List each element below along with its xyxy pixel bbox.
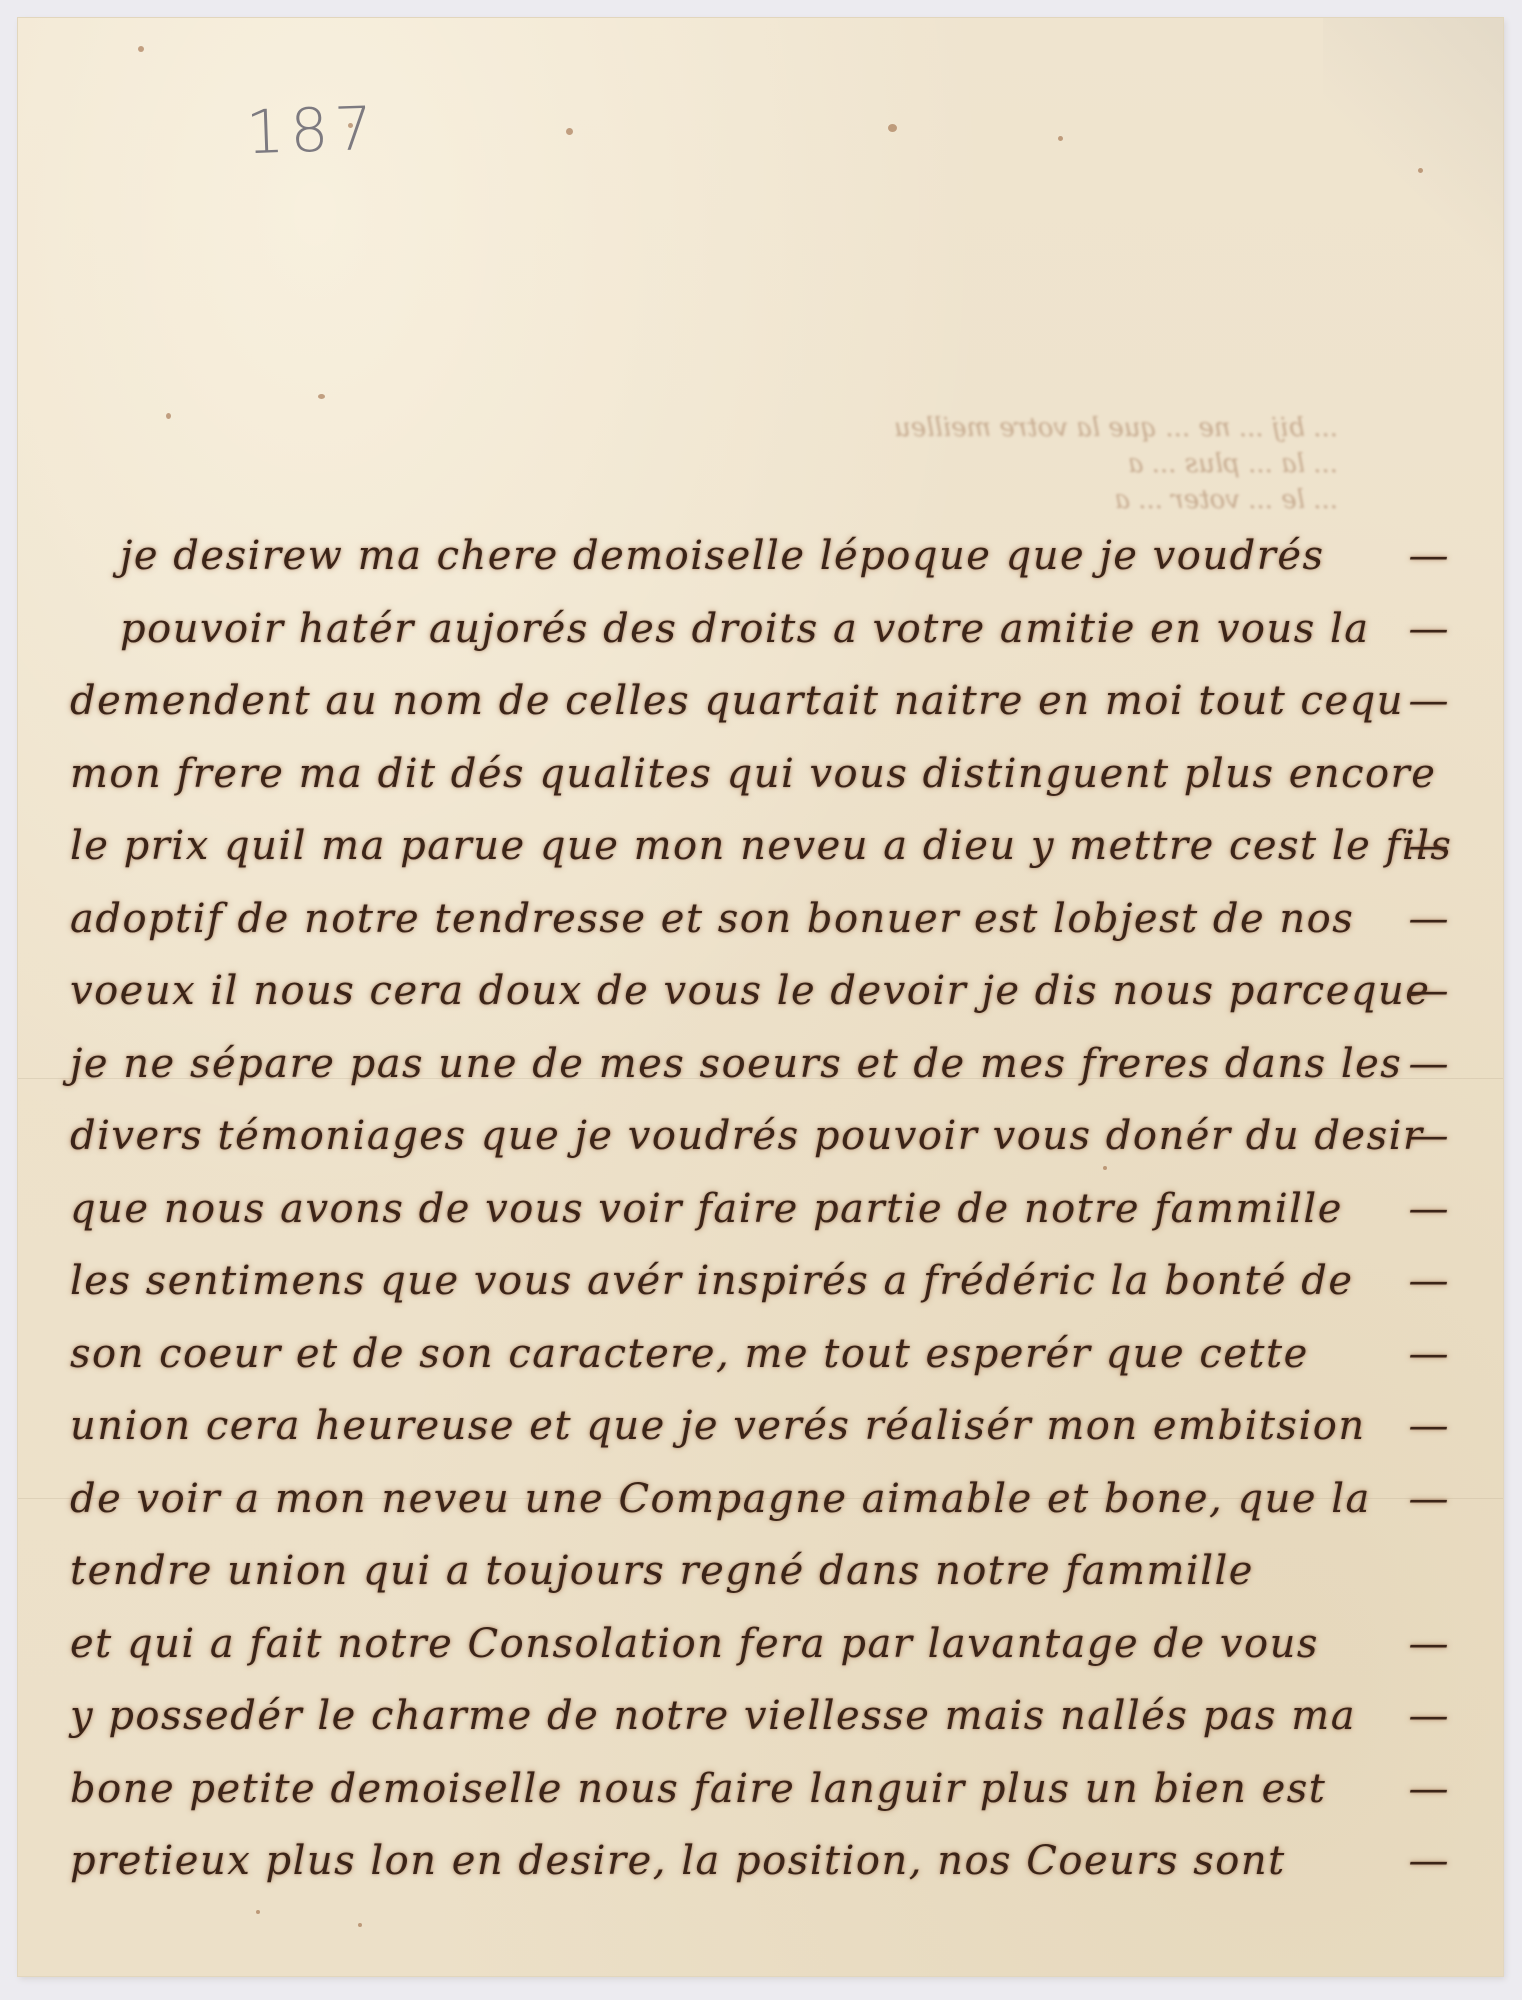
letter-line: que nous avons de vous voir faire partie…: [70, 1173, 1450, 1246]
letter-line: divers témoniages que je voudrés pouvoir…: [70, 1100, 1450, 1173]
letter-line: son coeur et de son caractere, me tout e…: [70, 1318, 1450, 1391]
letter-line: de voir a mon neveu une Compagne aimable…: [70, 1463, 1450, 1536]
line-filler-dash: —: [1409, 1608, 1451, 1680]
line-filler-dash: —: [1409, 1173, 1451, 1245]
foxing-spot: [318, 394, 325, 399]
line-filler-dash: —: [1409, 1390, 1451, 1462]
foxing-spot: [888, 124, 897, 132]
line-filler-dash: —: [1409, 1028, 1451, 1100]
foxing-spot: [1058, 136, 1063, 141]
letter-line: pouvoir hatér aujorés des droits a votre…: [70, 593, 1450, 666]
line-filler-dash: —: [1409, 1100, 1451, 1172]
line-filler-dash: —: [1409, 883, 1451, 955]
line-filler-dash: —: [1409, 1680, 1451, 1752]
line-filler-dash: —: [1409, 1825, 1451, 1897]
letter-line: pretieux plus lon en desire, la position…: [70, 1825, 1450, 1898]
bleed-through-text: ... bij ... ne ... que la votre meilleu …: [138, 413, 1338, 521]
line-filler-dash: —: [1409, 1318, 1451, 1390]
letter-line: je desirew ma chere demoiselle lépoque q…: [70, 520, 1450, 593]
letter-body: je desirew ma chere demoiselle lépoque q…: [70, 520, 1450, 1898]
foxing-spot: [138, 46, 144, 52]
bleed-through-line: ... le ... voter ... a: [138, 485, 1338, 521]
foxing-spot: [1418, 168, 1423, 173]
line-filler-dash: —: [1409, 520, 1451, 592]
foxing-spot: [358, 1923, 362, 1927]
line-filler-dash: —: [1409, 593, 1451, 665]
letter-line: tendre union qui a toujours regné dans n…: [70, 1535, 1450, 1608]
line-filler-dash: —: [1409, 955, 1451, 1027]
bleed-through-line: ... bij ... ne ... que la votre meilleu: [138, 413, 1338, 449]
letter-line: mon frere ma dit dés qualites qui vous d…: [70, 738, 1450, 811]
letter-line: le prix quil ma parue que mon neveu a di…: [70, 810, 1450, 883]
line-filler-dash: —: [1409, 810, 1451, 882]
letter-line: voeux il nous cera doux de vous le devoi…: [70, 955, 1450, 1028]
archive-number: 187: [245, 94, 380, 169]
letter-line: y possedér le charme de notre viellesse …: [70, 1680, 1450, 1753]
letter-line: les sentimens que vous avér inspirés a f…: [70, 1245, 1450, 1318]
letter-line: et qui a fait notre Consolation fera par…: [70, 1608, 1450, 1681]
letter-line: adoptif de notre tendresse et son bonuer…: [70, 883, 1450, 956]
foxing-spot: [256, 1910, 260, 1914]
line-filler-dash: —: [1409, 665, 1451, 737]
bleed-through-line: ... la ... plus ... a: [138, 449, 1338, 485]
letter-line: demendent au nom de celles quartait nait…: [70, 665, 1450, 738]
letter-line: union cera heureuse et que je verés réal…: [70, 1390, 1450, 1463]
line-filler-dash: —: [1409, 1463, 1451, 1535]
letter-line: je ne sépare pas une de mes soeurs et de…: [70, 1028, 1450, 1101]
foxing-spot: [566, 128, 573, 135]
line-filler-dash: —: [1409, 1753, 1451, 1825]
letter-line: bone petite demoiselle nous faire langui…: [70, 1753, 1450, 1826]
line-filler-dash: —: [1409, 1245, 1451, 1317]
